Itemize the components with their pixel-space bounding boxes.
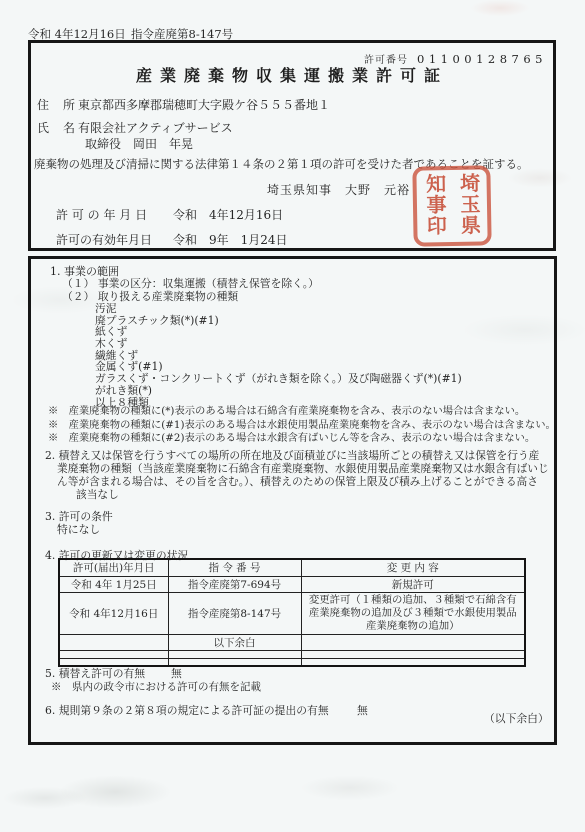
col-header-date: 許可(届出)年月日	[59, 559, 168, 576]
history-change: 新規許可	[301, 576, 525, 592]
history-number	[168, 650, 301, 658]
col-header-change: 変 更 内 容	[301, 559, 525, 576]
history-change	[301, 634, 525, 650]
history-number: 指令産廃第8-147号	[168, 592, 301, 634]
name-label: 氏 名	[37, 119, 76, 136]
waste-type-item: がれき類(*)	[95, 385, 462, 397]
valid-date-value: 令和 9年 1月24日	[173, 231, 288, 248]
marker-notes: ※ 産業廃棄物の種類に(*)表示のある場合は石綿含有産業廃棄物を含み、表示のない…	[48, 405, 556, 446]
address-value: 東京都西多摩郡瑞穂町大字殿ケ谷５５５番地１	[78, 96, 330, 113]
waste-type-item: 木くず	[95, 338, 462, 350]
history-date	[59, 650, 168, 658]
table-row: 令和 4年 1月25日 指令産廃第7-694号 新規許可	[59, 576, 525, 592]
marker-note: ※ 産業廃棄物の種類に(#2)表示のある場合は水銀含有ばいじん等を含み、表示のな…	[48, 432, 556, 446]
marker-note: ※ 産業廃棄物の種類に(*)表示のある場合は石綿含有産業廃棄物を含み、表示のない…	[48, 405, 556, 419]
governor-seal-text: 埼玉県知事印	[417, 172, 486, 239]
waste-type-item: 汚泥	[95, 303, 462, 315]
table-row: 令和 4年12月16日 指令産廃第8-147号 変更許可（１種類の追加、３種類で…	[59, 592, 525, 634]
trailing-blank-note: （以下余白）	[484, 711, 549, 726]
section2-line3: ん等が含まれる場合は、その旨を含む。）、積替えのための保管上限及び積み上げること…	[57, 474, 538, 489]
document-title: 産業廃棄物収集運搬業許可証	[31, 63, 553, 86]
permit-date-value: 令和 4年12月16日	[173, 206, 283, 223]
representative-name: 取締役 岡田 年晃	[85, 135, 193, 152]
history-date	[59, 658, 168, 666]
section6-value: 無	[357, 703, 368, 718]
table-row-empty	[59, 658, 525, 666]
waste-type-item: 廃プラスチック類(*)(#1)	[95, 315, 462, 327]
section2-value: 該当なし	[76, 487, 119, 502]
permit-history-table: 許可(届出)年月日 指 令 番 号 変 更 内 容 令和 4年 1月25日 指令…	[58, 558, 526, 667]
section6-label: 6. 規則第９条の２第８項の規定による許可証の提出の有無	[45, 703, 329, 718]
governor-name: 埼玉県知事 大野 元裕	[267, 181, 410, 198]
table-header-row: 許可(届出)年月日 指 令 番 号 変 更 内 容	[59, 559, 525, 576]
col-header-number: 指 令 番 号	[168, 559, 301, 576]
history-number: 以下余白	[168, 634, 301, 650]
section3-value: 特になし	[57, 522, 100, 537]
history-date: 令和 4年12月16日	[59, 592, 168, 634]
waste-type-item: 紙くず	[95, 326, 462, 338]
history-change	[301, 658, 525, 666]
waste-type-list: 汚泥 廃プラスチック類(*)(#1) 紙くず 木くず 繊維くず 金属くず(#1)…	[95, 303, 462, 408]
section5-note: ※ 県内の政令市における許可の有無を記載	[51, 679, 261, 694]
permit-details-box: 1. 事業の範囲 （１） 事業の区分：収集運搬（積替え保管を除く。） （２） 取…	[28, 256, 557, 745]
company-name: 有限会社アクティブサービス	[78, 119, 233, 136]
history-number: 指令産廃第7-694号	[168, 576, 301, 592]
table-row-empty	[59, 650, 525, 658]
table-row: 以下余白	[59, 634, 525, 650]
certificate-header-box: 許可番号01100128765 産業廃棄物収集運搬業許可証 住 所 東京都西多摩…	[28, 40, 556, 251]
waste-types-heading: （２） 取り扱える産業廃棄物の種類	[62, 289, 238, 304]
marker-note: ※ 産業廃棄物の種類に(#1)表示のある場合は水銀使用製品産業廃棄物を含み、表示…	[48, 419, 556, 433]
history-change: 変更許可（１種類の追加、３種類で石綿含有産業廃棄物の追加及び３種類で水銀使用製品…	[301, 592, 525, 634]
valid-date-label: 許可の有効年月日	[56, 231, 152, 248]
history-number	[168, 658, 301, 666]
scanned-permit-document: 令和 4年12月16日 指令産廃第8-147号 許可番号01100128765 …	[0, 0, 585, 832]
governor-seal-stamp: 埼玉県知事印	[412, 165, 491, 246]
history-change	[301, 650, 525, 658]
history-date	[59, 634, 168, 650]
address-label: 住 所	[37, 96, 76, 113]
history-date: 令和 4年 1月25日	[59, 576, 168, 592]
permit-date-label: 許 可 の 年 月 日	[56, 206, 147, 223]
